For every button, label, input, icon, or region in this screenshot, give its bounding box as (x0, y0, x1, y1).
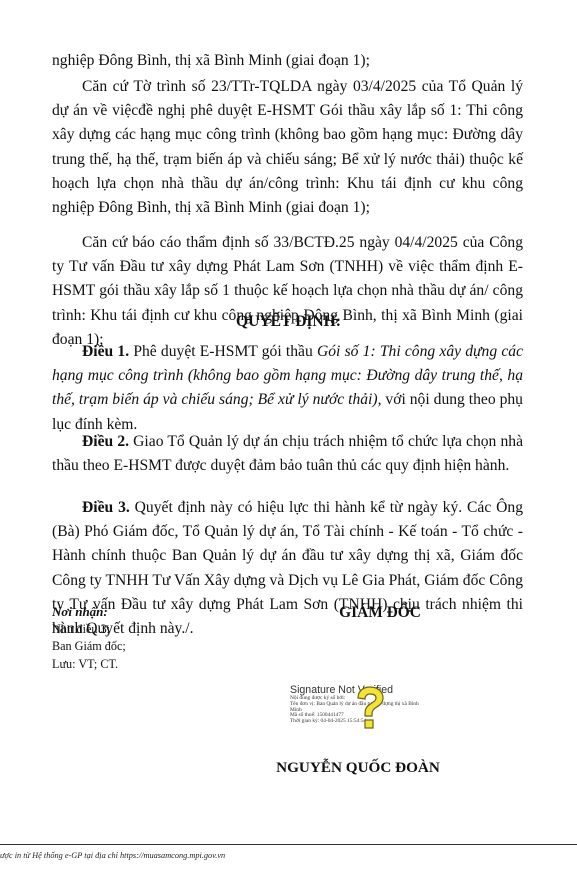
article-1: Điều 1. Phê duyệt E-HSMT gói thầu Gói số… (52, 340, 523, 437)
signer-title: GIÁM ĐỐC (300, 604, 460, 622)
paragraph-basis-appraisal: Căn cứ báo cáo thẩm định số 33/BCTĐ.25 n… (52, 231, 523, 352)
article-1-text: Phê duyệt E-HSMT gói thầu (129, 343, 317, 360)
article-2-label: Điều 2. (82, 433, 129, 450)
article-3-label: Điều 3. (82, 499, 130, 516)
recipients-title: Nơi nhận: (52, 603, 126, 621)
question-mark-icon[interactable] (352, 686, 386, 732)
article-2: Điều 2. Giao Tổ Quản lý dự án chịu trách… (52, 430, 523, 478)
article-1-label: Điều 1. (82, 343, 129, 360)
recipient-item: Như điều 3; (52, 621, 126, 639)
recipients-block: Nơi nhận: Như điều 3; Ban Giám đốc; Lưu:… (52, 603, 126, 673)
document-page: nghiệp Đông Bình, thị xã Bình Minh (giai… (0, 0, 577, 884)
recipient-item: Lưu: VT; CT. (52, 656, 126, 674)
decision-heading: QUYẾT ĐỊNH: (0, 313, 577, 331)
recipient-item: Ban Giám đốc; (52, 638, 126, 656)
footer-note: ược in từ Hệ thống e-GP tại địa chỉ http… (0, 851, 225, 860)
signer-name: NGUYỄN QUỐC ĐOÀN (258, 759, 458, 777)
footer-divider (0, 844, 577, 845)
paragraph-basis-proposal: Căn cứ Tờ trình số 23/TTr-TQLDA ngày 03/… (52, 75, 523, 220)
paragraph-continuation: nghiệp Đông Bình, thị xã Bình Minh (giai… (52, 49, 523, 73)
